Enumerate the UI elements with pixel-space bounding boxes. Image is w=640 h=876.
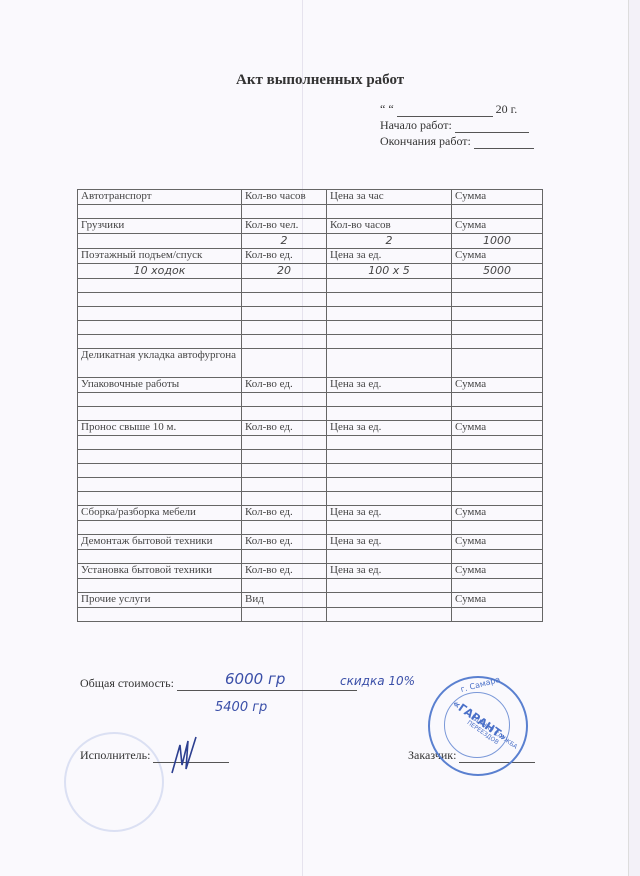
table-cell[interactable] [242, 478, 327, 492]
table-cell[interactable] [78, 464, 242, 478]
table-cell[interactable]: Кол-во часов [242, 190, 327, 205]
table-cell[interactable]: 100 x 5 [327, 264, 452, 279]
table-cell[interactable]: Сумма [452, 535, 543, 550]
table-cell[interactable]: Установка бытовой техники [78, 564, 242, 579]
table-cell[interactable] [327, 293, 452, 307]
table-cell[interactable] [327, 593, 452, 608]
table-cell[interactable] [327, 279, 452, 293]
table-row [78, 608, 543, 622]
table-row: Поэтажный подъем/спускКол-во ед.Цена за … [78, 249, 543, 264]
table-cell[interactable]: Сумма [452, 593, 543, 608]
table-cell[interactable] [452, 205, 543, 219]
table-row: Прочие услугиВидСумма [78, 593, 543, 608]
table-row [78, 335, 543, 349]
table-cell[interactable]: Цена за ед. [327, 506, 452, 521]
table-cell[interactable] [452, 335, 543, 349]
table-row [78, 450, 543, 464]
table-cell[interactable]: Цена за ед. [327, 249, 452, 264]
table-cell[interactable]: Кол-во ед. [242, 378, 327, 393]
table-cell[interactable]: Цена за ед. [327, 535, 452, 550]
table-cell[interactable] [242, 349, 327, 378]
table-cell[interactable]: Автотранспорт [78, 190, 242, 205]
table-cell[interactable]: Кол-во ед. [242, 249, 327, 264]
table-row: АвтотранспортКол-во часовЦена за часСумм… [78, 190, 543, 205]
table-cell[interactable] [327, 335, 452, 349]
total-field[interactable] [177, 690, 357, 691]
signature-icon [168, 735, 198, 775]
table-cell[interactable] [78, 407, 242, 421]
table-row [78, 407, 543, 421]
table-cell[interactable] [78, 234, 242, 249]
final-total: 5400 гр [215, 700, 267, 715]
table-cell[interactable] [327, 450, 452, 464]
table-cell[interactable] [452, 608, 543, 622]
table-cell[interactable] [452, 478, 543, 492]
table-cell[interactable] [242, 450, 327, 464]
table-cell[interactable]: Цена за ед. [327, 421, 452, 436]
table-cell[interactable] [242, 464, 327, 478]
table-cell[interactable]: 5000 [452, 264, 543, 279]
table-cell[interactable] [78, 608, 242, 622]
date-prefix: “ “ [380, 102, 394, 116]
table-cell[interactable]: Вид [242, 593, 327, 608]
table-cell[interactable] [452, 579, 543, 593]
table-cell[interactable] [452, 393, 543, 407]
company-stamp: г. Самара «ГАРАНТ» ЕДИНАЯ СЛУЖБА ПЕРЕЕЗД… [428, 676, 528, 776]
table-cell[interactable] [452, 293, 543, 307]
table-row: Сборка/разборка мебелиКол-во ед.Цена за … [78, 506, 543, 521]
table-cell[interactable]: Кол-во чел. [242, 219, 327, 234]
table-cell[interactable] [242, 205, 327, 219]
table-cell[interactable]: 10 ходок [78, 264, 242, 279]
table-cell[interactable]: Цена за ед. [327, 564, 452, 579]
faded-stamp-imprint [64, 732, 164, 832]
table-cell[interactable] [242, 492, 327, 506]
date-line: “ “ 20 г. [380, 102, 517, 117]
table-cell[interactable]: Кол-во ед. [242, 506, 327, 521]
start-line: Начало работ: [380, 118, 529, 133]
table-row [78, 464, 543, 478]
table-cell[interactable]: 20 [242, 264, 327, 279]
table-cell[interactable]: Пронос свыше 10 м. [78, 421, 242, 436]
table-cell[interactable] [452, 436, 543, 450]
table-row: Упаковочные работыКол-во ед.Цена за ед.С… [78, 378, 543, 393]
table-row: Демонтаж бытовой техникиКол-во ед.Цена з… [78, 535, 543, 550]
table-cell[interactable]: Кол-во часов [327, 219, 452, 234]
executor-label: Исполнитель: [80, 748, 150, 762]
end-line: Окончания работ: [380, 134, 534, 149]
table-cell[interactable] [242, 293, 327, 307]
table-row [78, 293, 543, 307]
table-cell[interactable] [452, 407, 543, 421]
table-cell[interactable] [452, 349, 543, 378]
table-cell[interactable]: Сумма [452, 219, 543, 234]
table-cell[interactable]: Сумма [452, 421, 543, 436]
table-row [78, 436, 543, 450]
table-cell[interactable] [78, 205, 242, 219]
total-line: Общая стоимость: [80, 676, 357, 691]
table-cell[interactable]: Сумма [452, 190, 543, 205]
table-cell[interactable] [78, 550, 242, 564]
services-table: АвтотранспортКол-во часовЦена за часСумм… [77, 189, 543, 622]
table-cell[interactable] [78, 436, 242, 450]
table-cell[interactable] [242, 608, 327, 622]
table-row: 10 ходок20100 x 55000 [78, 264, 543, 279]
table-cell[interactable] [327, 205, 452, 219]
table-row: Пронос свыше 10 м.Кол-во ед.Цена за ед.С… [78, 421, 543, 436]
table-cell[interactable]: Сумма [452, 506, 543, 521]
table-cell[interactable] [242, 279, 327, 293]
table-cell[interactable] [452, 307, 543, 321]
table-row: Установка бытовой техникиКол-во ед.Цена … [78, 564, 543, 579]
table-row: 221000 [78, 234, 543, 249]
table-row [78, 205, 543, 219]
table-row [78, 393, 543, 407]
table-cell[interactable] [78, 321, 242, 335]
table-cell[interactable]: Сумма [452, 564, 543, 579]
table-cell[interactable] [327, 478, 452, 492]
table-cell[interactable] [242, 321, 327, 335]
start-field[interactable] [455, 132, 529, 133]
table-cell[interactable] [242, 393, 327, 407]
date-year: 20 г. [496, 102, 518, 116]
table-row [78, 279, 543, 293]
end-field[interactable] [474, 148, 534, 149]
table-cell[interactable] [78, 293, 242, 307]
table-cell[interactable] [242, 307, 327, 321]
table-cell[interactable] [327, 393, 452, 407]
table-cell[interactable]: Деликатная укладка автофургона [78, 349, 242, 378]
table-cell[interactable] [242, 579, 327, 593]
table-cell[interactable]: Кол-во ед. [242, 421, 327, 436]
table-cell[interactable] [327, 550, 452, 564]
date-field[interactable] [397, 116, 493, 117]
table-cell[interactable] [78, 579, 242, 593]
table-cell[interactable]: Кол-во ед. [242, 564, 327, 579]
table-cell[interactable]: Упаковочные работы [78, 378, 242, 393]
table-cell[interactable] [327, 579, 452, 593]
table-cell[interactable] [327, 307, 452, 321]
table-cell[interactable]: Сумма [452, 378, 543, 393]
table-row: ГрузчикиКол-во чел.Кол-во часовСумма [78, 219, 543, 234]
table-cell[interactable] [452, 464, 543, 478]
table-row [78, 492, 543, 506]
table-row: Деликатная укладка автофургона [78, 349, 543, 378]
table-cell[interactable]: Поэтажный подъем/спуск [78, 249, 242, 264]
table-cell[interactable] [327, 521, 452, 535]
table-cell[interactable] [78, 521, 242, 535]
table-cell[interactable] [452, 279, 543, 293]
table-cell[interactable] [452, 321, 543, 335]
table-cell[interactable] [78, 478, 242, 492]
total-label: Общая стоимость: [80, 676, 174, 690]
table-cell[interactable] [78, 335, 242, 349]
table-row [78, 521, 543, 535]
executor-line: Исполнитель: [80, 748, 229, 763]
table-cell[interactable] [327, 349, 452, 378]
total-value: 6000 гр [225, 670, 285, 688]
end-label: Окончания работ: [380, 134, 471, 148]
table-cell[interactable]: 2 [327, 234, 452, 249]
start-label: Начало работ: [380, 118, 452, 132]
table-cell[interactable] [242, 407, 327, 421]
discount-note: скидка 10% [340, 674, 415, 688]
table-cell[interactable] [78, 307, 242, 321]
table-cell[interactable] [78, 492, 242, 506]
table-cell[interactable]: Цена за ед. [327, 378, 452, 393]
table-cell[interactable] [327, 464, 452, 478]
table-cell[interactable]: Цена за час [327, 190, 452, 205]
table-cell[interactable] [327, 608, 452, 622]
table-row [78, 478, 543, 492]
table-cell[interactable] [452, 550, 543, 564]
table-row [78, 550, 543, 564]
table-cell[interactable] [242, 521, 327, 535]
table-cell[interactable] [327, 321, 452, 335]
table-cell[interactable] [327, 436, 452, 450]
table-cell[interactable]: Грузчики [78, 219, 242, 234]
table-cell[interactable] [242, 550, 327, 564]
table-cell[interactable] [78, 450, 242, 464]
table-cell[interactable] [327, 492, 452, 506]
table-row [78, 307, 543, 321]
table-cell[interactable] [242, 436, 327, 450]
table-cell[interactable] [242, 335, 327, 349]
table-cell[interactable]: 1000 [452, 234, 543, 249]
table-cell[interactable]: Сборка/разборка мебели [78, 506, 242, 521]
table-cell[interactable] [78, 279, 242, 293]
table-cell[interactable]: Прочие услуги [78, 593, 242, 608]
document-title: Акт выполненных работ [236, 72, 404, 89]
table-row [78, 579, 543, 593]
table-row [78, 321, 543, 335]
table-cell[interactable]: 2 [242, 234, 327, 249]
table-cell[interactable] [452, 450, 543, 464]
table-cell[interactable] [78, 393, 242, 407]
table-cell[interactable]: Кол-во ед. [242, 535, 327, 550]
table-cell[interactable]: Сумма [452, 249, 543, 264]
table-cell[interactable] [327, 407, 452, 421]
table-cell[interactable] [452, 492, 543, 506]
table-cell[interactable]: Демонтаж бытовой техники [78, 535, 242, 550]
table-cell[interactable] [452, 521, 543, 535]
